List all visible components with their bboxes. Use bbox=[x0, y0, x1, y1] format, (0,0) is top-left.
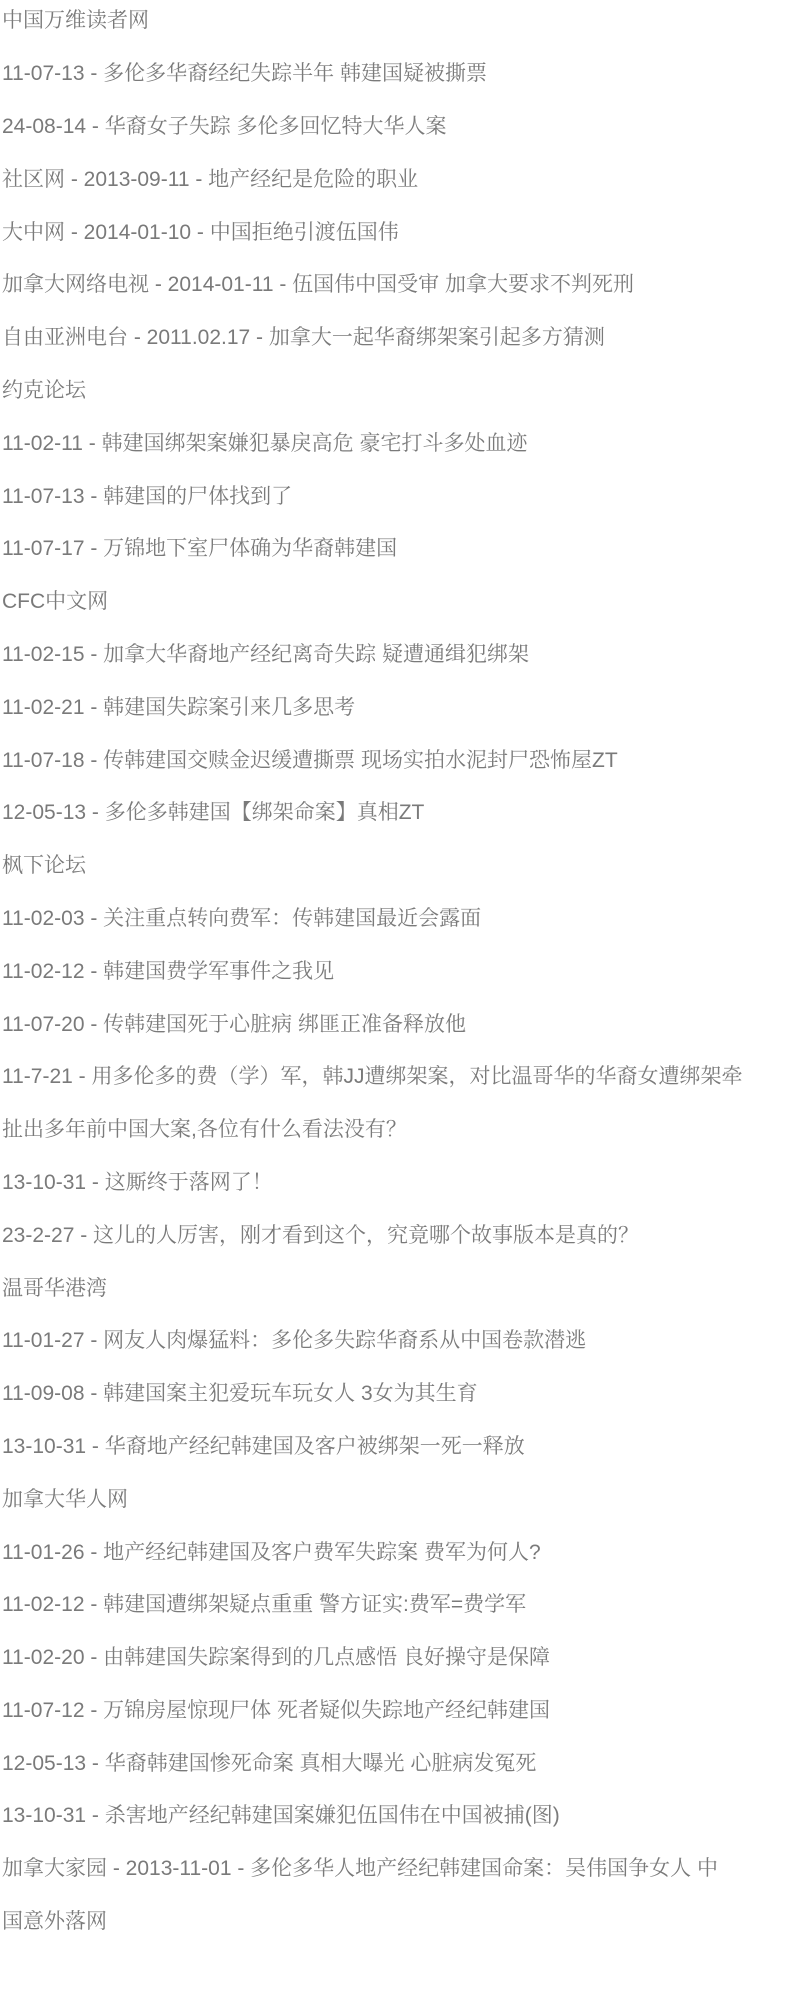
news-entry: 11-07-18 - 传韩建国交赎金迟缓遭撕票 现场实拍水泥封尸恐怖屋ZT bbox=[2, 732, 800, 785]
news-entry: 社区网 - 2013-09-11 - 地产经纪是危险的职业 bbox=[2, 151, 800, 204]
news-entry: 11-07-20 - 传韩建国死于心脏病 绑匪正准备释放他 bbox=[2, 996, 800, 1049]
news-entry: 大中网 - 2014-01-10 - 中国拒绝引渡伍国伟 bbox=[2, 204, 800, 257]
news-entry: 11-01-26 - 地产经纪韩建国及客户费军失踪案 费军为何人? bbox=[2, 1524, 800, 1577]
site-section-header: CFC中文网 bbox=[2, 574, 800, 627]
news-entry: 11-7-21 - 用多伦多的费（学）军，韩JJ遭绑架案，对比温哥华的华裔女遭绑… bbox=[2, 1049, 800, 1102]
news-entry: 加拿大家园 - 2013-11-01 - 多伦多华人地产经纪韩建国命案：吴伟国争… bbox=[2, 1841, 800, 1894]
site-section-header: 中国万维读者网 bbox=[2, 0, 800, 46]
news-entry: 自由亚洲电台 - 2011.02.17 - 加拿大一起华裔绑架案引起多方猜测 bbox=[2, 310, 800, 363]
news-entry: 11-02-12 - 韩建国费学军事件之我见 bbox=[2, 943, 800, 996]
news-entry: 11-07-13 - 多伦多华裔经纪失踪半年 韩建国疑被撕票 bbox=[2, 46, 800, 99]
news-entry: 加拿大网络电视 - 2014-01-11 - 伍国伟中国受审 加拿大要求不判死刑 bbox=[2, 257, 800, 310]
site-section-header: 温哥华港湾 bbox=[2, 1260, 800, 1313]
news-entry: 11-07-12 - 万锦房屋惊现尸体 死者疑似失踪地产经纪韩建国 bbox=[2, 1683, 800, 1736]
news-entry: 12-05-13 - 华裔韩建国惨死命案 真相大曝光 心脏病发冤死 bbox=[2, 1735, 800, 1788]
news-entry: 11-02-21 - 韩建国失踪案引来几多思考 bbox=[2, 679, 800, 732]
page: { "page": { "background_color": "#ffffff… bbox=[0, 0, 800, 2000]
news-entry: 11-01-27 - 网友人肉爆猛料：多伦多失踪华裔系从中国卷款潜逃 bbox=[2, 1313, 800, 1366]
site-section-header: 加拿大华人网 bbox=[2, 1471, 800, 1524]
news-entry: 11-07-17 - 万锦地下室尸体确为华裔韩建国 bbox=[2, 521, 800, 574]
news-entry: 13-10-31 - 杀害地产经纪韩建国案嫌犯伍国伟在中国被捕(图) bbox=[2, 1788, 800, 1841]
site-section-header: 枫下论坛 bbox=[2, 838, 800, 891]
news-entry-wrap-continuation: 国意外落网 bbox=[2, 1894, 800, 1947]
news-entry: 11-02-12 - 韩建国遭绑架疑点重重 警方证实:费军=费学军 bbox=[2, 1577, 800, 1630]
news-entry-wrap-continuation: 扯出多年前中国大案,各位有什么看法没有？ bbox=[2, 1102, 800, 1155]
news-entry: 11-02-11 - 韩建国绑架案嫌犯暴戾高危 豪宅打斗多处血迹 bbox=[2, 415, 800, 468]
news-entry: 11-02-15 - 加拿大华裔地产经纪离奇失踪 疑遭通缉犯绑架 bbox=[2, 627, 800, 680]
news-entry: 13-10-31 - 这厮终于落网了！ bbox=[2, 1155, 800, 1208]
news-entry: 12-05-13 - 多伦多韩建国【绑架命案】真相ZT bbox=[2, 785, 800, 838]
news-entry: 11-02-03 - 关注重点转向费军：传韩建国最近会露面 bbox=[2, 891, 800, 944]
site-section-header: 约克论坛 bbox=[2, 363, 800, 416]
news-entry: 23-2-27 - 这儿的人厉害，刚才看到这个，究竟哪个故事版本是真的？ bbox=[2, 1207, 800, 1260]
news-link-list: 中国万维读者网11-07-13 - 多伦多华裔经纪失踪半年 韩建国疑被撕票24-… bbox=[0, 0, 800, 1946]
news-entry: 13-10-31 - 华裔地产经纪韩建国及客户被绑架一死一释放 bbox=[2, 1419, 800, 1472]
news-entry: 11-02-20 - 由韩建国失踪案得到的几点感悟 良好操守是保障 bbox=[2, 1630, 800, 1683]
news-entry: 11-07-13 - 韩建国的尸体找到了 bbox=[2, 468, 800, 521]
news-entry: 11-09-08 - 韩建国案主犯爱玩车玩女人 3女为其生育 bbox=[2, 1366, 800, 1419]
news-entry: 24-08-14 - 华裔女子失踪 多伦多回忆特大华人案 bbox=[2, 99, 800, 152]
